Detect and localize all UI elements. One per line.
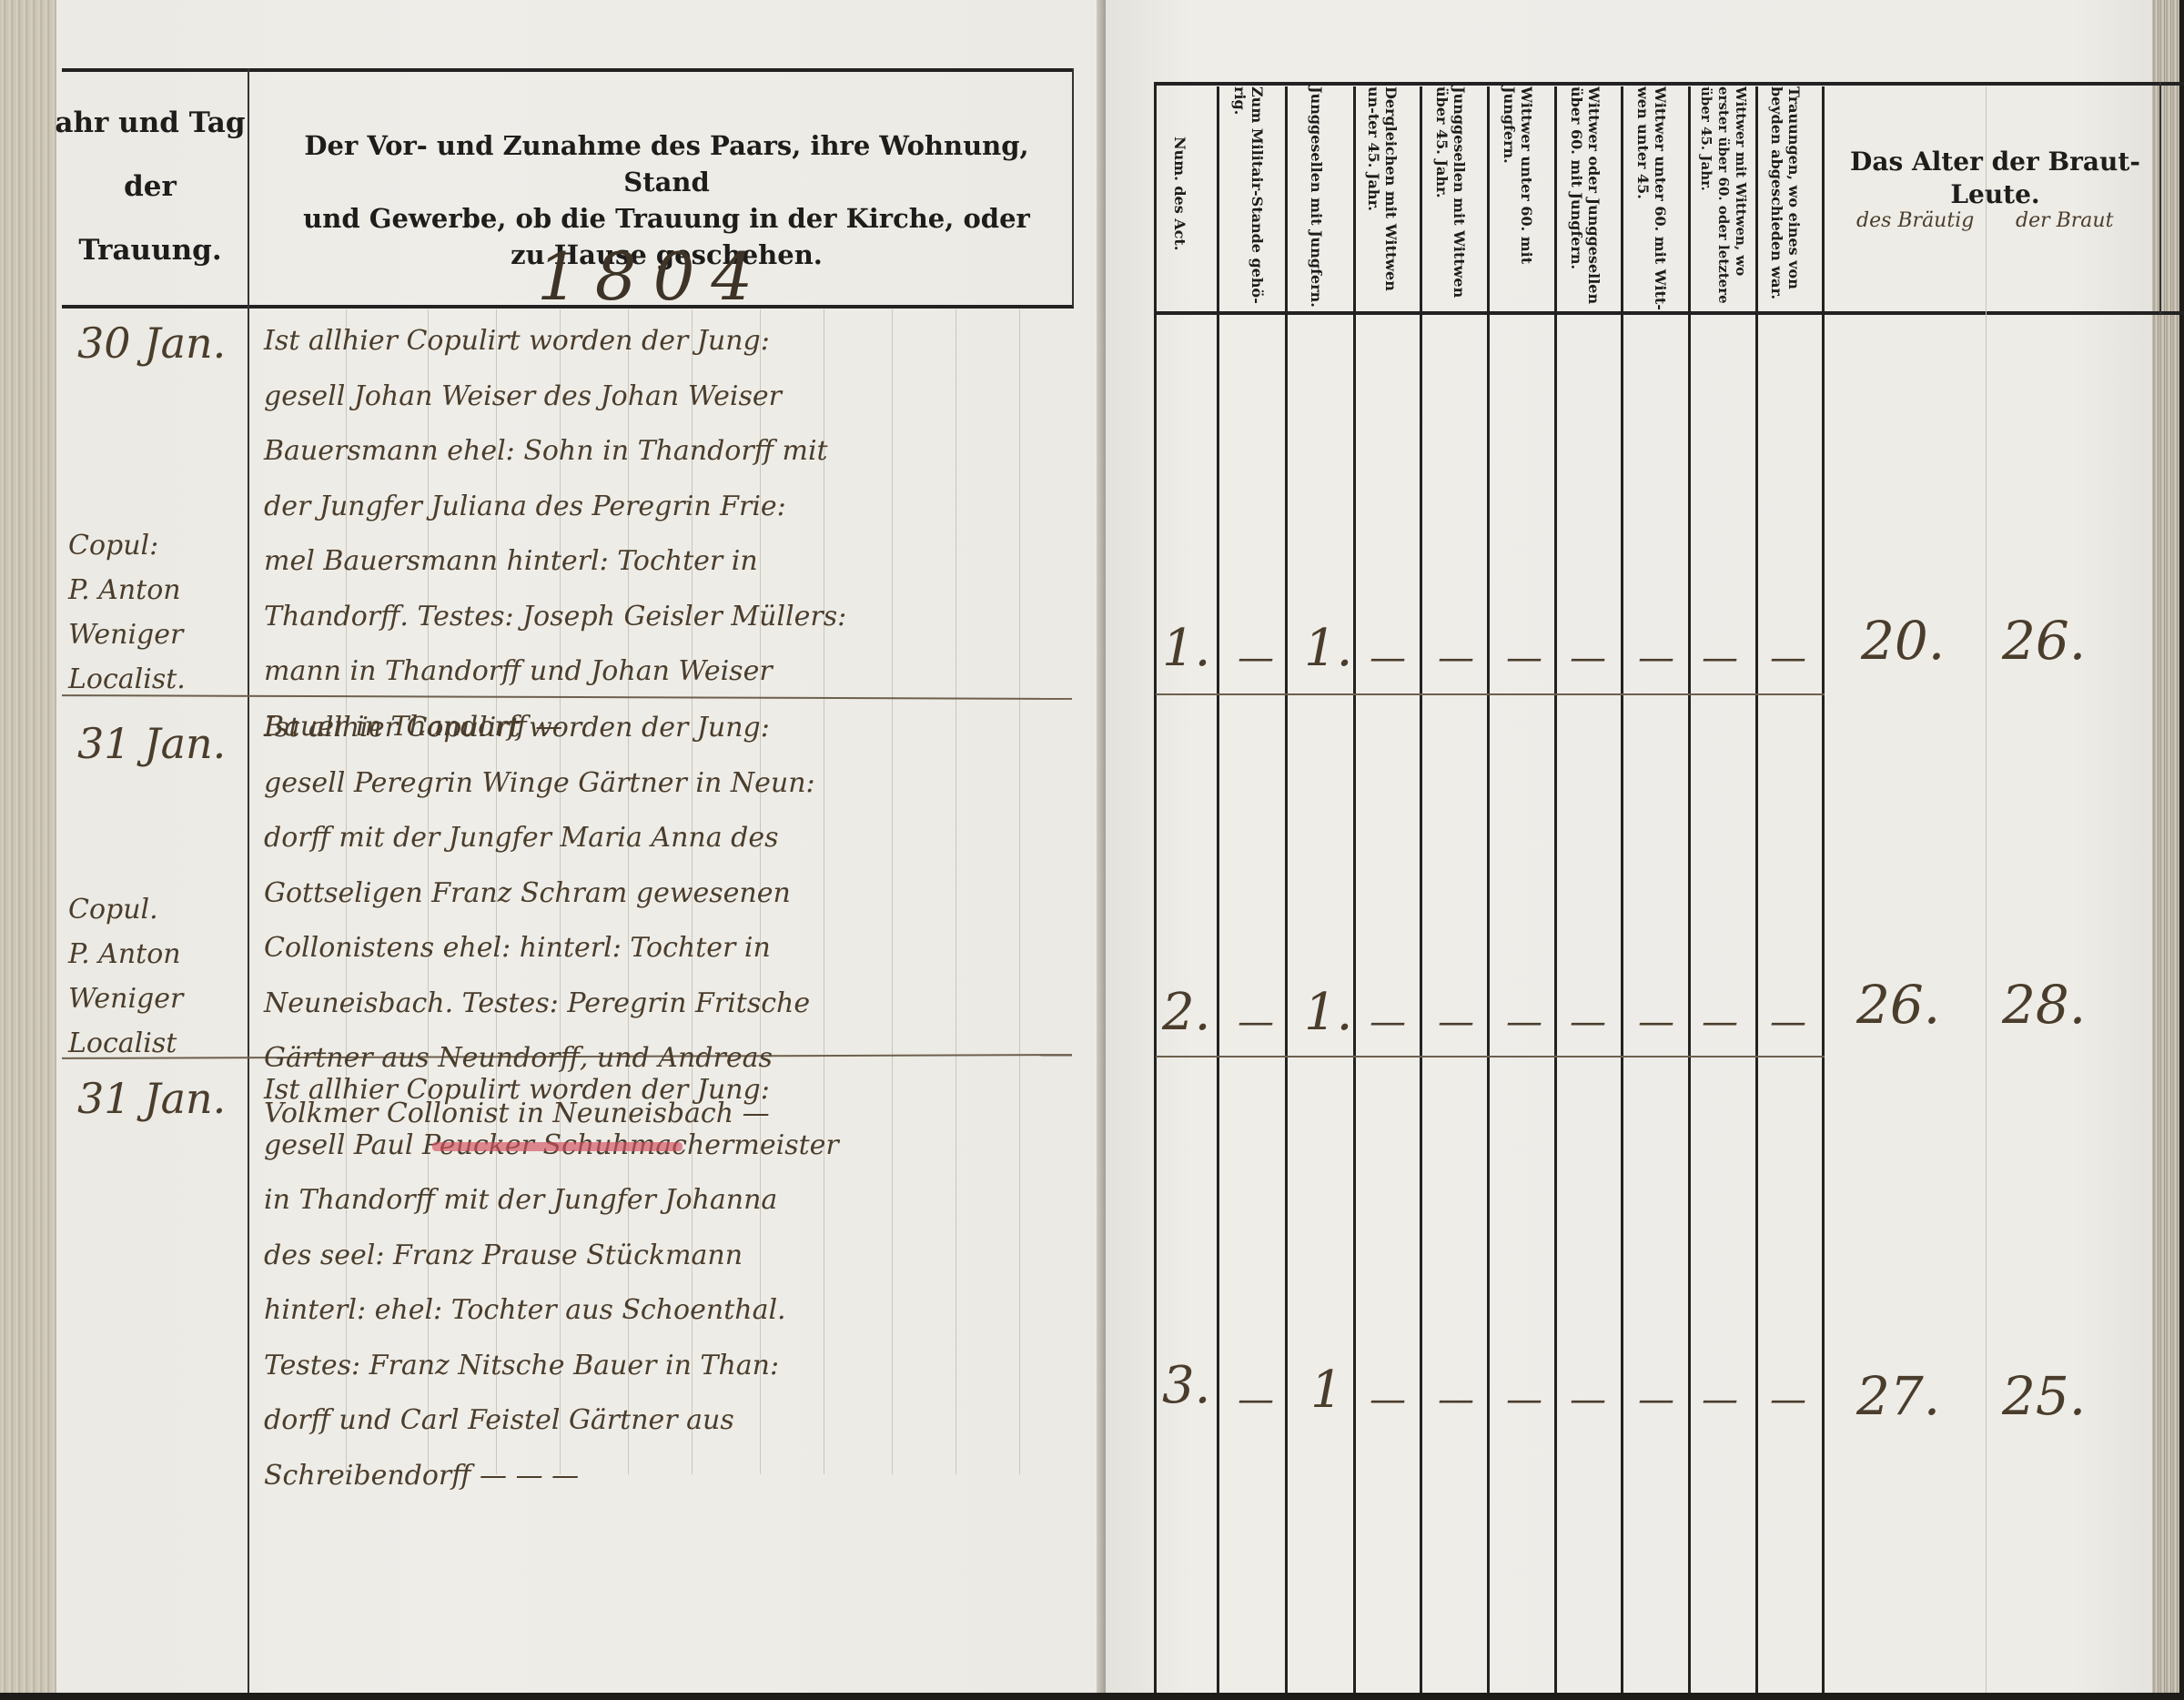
col-header-widower-under60-maiden: Wittwer unter 60. mit Jungfern. (1501, 86, 1535, 319)
date-column-header: ahr und Tag der Trauung. (55, 91, 246, 282)
stat-value: — (1370, 637, 1406, 679)
header-top-rule (62, 68, 1074, 72)
text-line: Ist allhier Copulirt worden der Jung: (264, 1063, 1065, 1118)
page-edge-stack (0, 0, 56, 1693)
stat-value: — (1370, 1001, 1406, 1043)
stat-value: — (1438, 1001, 1474, 1043)
col-header-num: Num. des Act. (1171, 86, 1188, 369)
groom-age: 27. (1856, 1365, 1940, 1427)
stat-value: — (1438, 637, 1474, 679)
row-separator (1156, 693, 1825, 695)
row-separator (1156, 1056, 1825, 1057)
officiant-line: P. Anton (68, 932, 250, 976)
year-handwritten: 1804 (537, 238, 769, 315)
text-line: mel Bauersmann hinterl: Tochter in (264, 534, 1065, 590)
officiant-line: Localist (68, 1021, 250, 1066)
stat-value: — (1570, 637, 1606, 679)
col-header-widower-widow-under45: Wittwer unter 60. mit Witt-wen unter 45. (1634, 86, 1669, 319)
header-top-rule (1156, 82, 2184, 86)
entry-officiant: Copul. P. Anton Weniger Localist (68, 887, 250, 1066)
column-rule (1755, 86, 1758, 1693)
stat-value: — (1438, 1379, 1474, 1421)
stat-value: — (1702, 1379, 1738, 1421)
bride-age-subheader: der Braut (2016, 209, 2113, 232)
header-line: Der Vor- und Zunahme des Paars, ihre Woh… (259, 127, 1074, 200)
stat-value: — (1638, 1379, 1674, 1421)
military-value: — (1238, 1379, 1274, 1421)
column-rule (1420, 86, 1422, 1693)
stat-value: — (1770, 637, 1806, 679)
entry-text: Ist allhier Copulirt worden der Jung: ge… (264, 1063, 1065, 1503)
stat-value: — (1506, 1379, 1542, 1421)
stat-value: — (1638, 1001, 1674, 1043)
stat-value: — (1570, 1001, 1606, 1043)
entry-date: 31 Jan. (77, 719, 241, 768)
military-value: — (1238, 637, 1274, 679)
bride-age: 25. (2002, 1365, 2086, 1427)
col-header-bachelor-widow-over45: Junggesellen mit Wittwen über 45. Jahr. (1433, 86, 1468, 319)
col-header-bachelor-maiden: Junggesellen mit Jungfern. (1308, 86, 1325, 319)
text-line: gesell Peregrin Winge Gärtner in Neun: (264, 756, 1065, 812)
stat-value: — (1506, 1001, 1542, 1043)
column-rule (1688, 86, 1691, 1693)
act-number: 2. (1162, 983, 1210, 1042)
stat-value: — (1370, 1379, 1406, 1421)
age-column-divider (1986, 86, 1987, 1693)
col-header-military: Zum Militair-Stande gehö-rig. (1231, 86, 1266, 319)
stat-value: — (1570, 1379, 1606, 1421)
header-line: Trauung. (55, 218, 246, 282)
officiant-line: Weniger (68, 612, 250, 657)
entry-officiant: Copul: P. Anton Weniger Localist. (68, 523, 250, 702)
column-rule (1154, 82, 1157, 1693)
col-header-divorced: Trauungen, wo eines von beyden abgeschie… (1768, 86, 1803, 319)
column-rule (1554, 86, 1557, 1693)
col-header-widower-widow-over: Wittwer mit Wittwen, wo erster über 60. … (1697, 86, 1749, 319)
text-line: der Jungfer Juliana des Peregrin Frie: (264, 480, 1065, 535)
date-column-divider (248, 68, 249, 1693)
text-line: des seel: Franz Prause Stückmann (264, 1229, 1065, 1284)
text-line: Neuneisbach. Testes: Peregrin Fritsche (264, 976, 1065, 1032)
col-header-bachelor-widow-under45: Dergleichen mit Wittwen un-ter 45. Jahr. (1365, 86, 1400, 319)
officiant-line: Weniger (68, 976, 250, 1021)
column-rule (1621, 86, 1623, 1693)
age-column-header: Das Alter der Braut-Leute. (1838, 146, 2152, 211)
stat-value: — (1770, 1001, 1806, 1043)
officiant-line: Localist. (68, 657, 250, 702)
header-line: der (55, 155, 246, 218)
column-rule (1285, 86, 1288, 1693)
stat-value: — (1638, 637, 1674, 679)
left-page: ahr und Tag der Trauung. Der Vor- und Zu… (0, 0, 1106, 1693)
groom-age: 20. (1861, 610, 1945, 672)
text-line: in Thandorff mit der Jungfer Johanna (264, 1173, 1065, 1229)
entry-date: 31 Jan. (77, 1074, 241, 1123)
stat-value: — (1702, 1001, 1738, 1043)
text-line: Ist allhier Copulirt worden der Jung: (264, 701, 1065, 756)
act-number: 3. (1162, 1356, 1210, 1415)
text-line: mann in Thandorff und Johan Weiser (264, 644, 1065, 700)
entry-date: 30 Jan. (77, 319, 241, 368)
red-pencil-underline (432, 1142, 682, 1151)
text-line: Thandorff. Testes: Joseph Geisler Müller… (264, 590, 1065, 645)
text-line: dorff mit der Jungfer Maria Anna des (264, 811, 1065, 866)
column-rule (1353, 86, 1356, 1693)
military-value: — (1238, 1001, 1274, 1043)
header-right-border (2159, 82, 2161, 314)
column-rule (1822, 86, 1825, 1693)
groom-age-subheader: des Bräutig (1856, 209, 1974, 232)
text-line: hinterl: ehel: Tochter aus Schoenthal. (264, 1283, 1065, 1339)
entry-text: Ist allhier Copulirt worden der Jung: ge… (264, 314, 1065, 754)
stat-value: — (1506, 637, 1542, 679)
bachelor-maiden-value: 1. (1304, 983, 1352, 1042)
header-line: ahr und Tag (55, 91, 246, 155)
bride-age: 26. (2002, 610, 2086, 672)
bachelor-maiden-value: 1 (1310, 1361, 1343, 1420)
bride-age: 28. (2002, 974, 2086, 1036)
page-edge-stack (2152, 0, 2179, 1693)
officiant-line: Copul: (68, 523, 250, 568)
text-line: Schreibendorff — — — (264, 1449, 1065, 1504)
text-line: Bauersmann ehel: Sohn in Thandorff mit (264, 424, 1065, 480)
stat-value: — (1770, 1379, 1806, 1421)
column-rule (1487, 86, 1490, 1693)
text-line: Testes: Franz Nitsche Bauer in Than: (264, 1339, 1065, 1394)
officiant-line: P. Anton (68, 568, 250, 612)
act-number: 1. (1162, 619, 1210, 678)
right-page: Num. des Act. Zum Militair-Stande gehö-r… (1106, 0, 2179, 1693)
text-line: gesell Johan Weiser des Johan Weiser (264, 369, 1065, 425)
stat-value: — (1702, 637, 1738, 679)
col-header-over60-maiden: Wittwer oder Junggesellen über 60. mit J… (1568, 86, 1603, 319)
header-line: und Gewerbe, ob die Trauung in der Kirch… (259, 200, 1074, 237)
text-line: Collonistens ehel: hinterl: Tochter in (264, 921, 1065, 976)
groom-age: 26. (1856, 974, 1940, 1036)
text-line: dorff und Carl Feistel Gärtner aus (264, 1393, 1065, 1449)
bachelor-maiden-value: 1. (1304, 619, 1352, 678)
text-line: Gottseligen Franz Schram gewesenen (264, 866, 1065, 922)
officiant-line: Copul. (68, 887, 250, 932)
text-line: Ist allhier Copulirt worden der Jung: (264, 314, 1065, 369)
column-rule (1217, 86, 1219, 1693)
